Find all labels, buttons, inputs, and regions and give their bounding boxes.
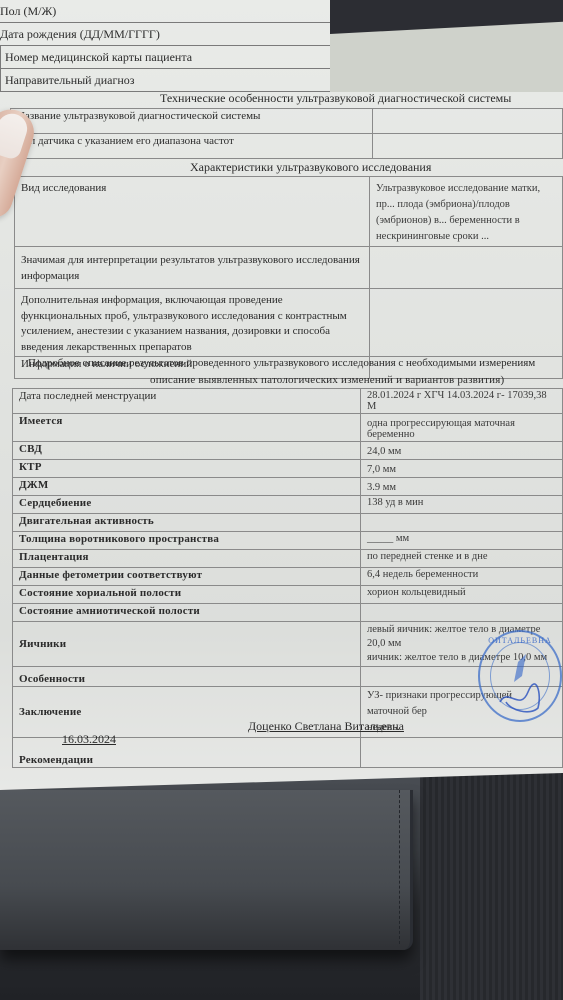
amniotic-cavity-label: Состояние амниотической полости bbox=[13, 604, 361, 622]
technical-section-title: Технические особенности ультразвуковой д… bbox=[160, 91, 511, 106]
significant-info-label: Значимая для интерпретации результатов у… bbox=[15, 247, 370, 289]
ovaries-label: Яичники bbox=[13, 622, 361, 667]
fingernail bbox=[0, 110, 31, 161]
patient-birthdate-label: Дата рождения (ДД/ММ/ГГГГ) bbox=[0, 27, 160, 41]
table-row: СВД 24,0 мм bbox=[13, 442, 563, 460]
medical-card-number-label: Номер медицинской карты пациента bbox=[5, 50, 192, 64]
lmp-value: 28.01.2024 г ХГЧ 14.03.2024 г- 17039,38 … bbox=[361, 389, 563, 414]
amniotic-cavity-value bbox=[361, 604, 563, 622]
placentation-value: по передней стенке и в дне bbox=[361, 550, 563, 568]
results-title-line2: описание выявленных патологических измен… bbox=[150, 374, 504, 386]
fetometry-label: Данные фетометрии соответствуют bbox=[13, 568, 361, 586]
table-row: Значимая для интерпретации результатов у… bbox=[15, 247, 563, 289]
yolk-sac-label: ДЖМ bbox=[13, 478, 361, 496]
placentation-label: Плацентация bbox=[13, 550, 361, 568]
nuchal-translucency-value: _____ мм bbox=[361, 532, 563, 550]
table-row: Название ультразвуковой диагностической … bbox=[11, 109, 563, 134]
patient-birthdate-row: Дата рождения (ДД/ММ/ГГГГ) bbox=[0, 23, 330, 46]
ktr-value: 7,0 мм bbox=[361, 460, 563, 478]
doctor-name: Доценко Светлана Витальевна bbox=[248, 719, 404, 734]
table-row: Сердцебиение 138 уд в мин bbox=[13, 496, 563, 514]
leather-folder-flap bbox=[0, 790, 413, 950]
system-name-value bbox=[373, 109, 563, 134]
present-value: одна прогрессирующая маточная беременно bbox=[361, 414, 563, 442]
background-seat bbox=[420, 770, 563, 1000]
technical-table: Название ультразвуковой диагностической … bbox=[10, 108, 563, 159]
table-row: Состояние хориальной полости хорион коль… bbox=[13, 586, 563, 604]
table-row: Дата последней менструации 28.01.2024 г … bbox=[13, 389, 563, 414]
table-row: Дополнительная информация, включающая пр… bbox=[15, 289, 563, 357]
table-row: Данные фетометрии соответствуют 6,4 неде… bbox=[13, 568, 563, 586]
features-label: Особенности bbox=[13, 667, 361, 687]
chorionic-cavity-label: Состояние хориальной полости bbox=[13, 586, 361, 604]
svd-label: СВД bbox=[13, 442, 361, 460]
system-name-label: Название ультразвуковой диагностической … bbox=[11, 109, 373, 134]
table-row: ДЖМ 3.9 мм bbox=[13, 478, 563, 496]
patient-sex-row: Пол (М/Ж) bbox=[0, 0, 330, 23]
doctor-stamp: ОИТАЛЬЕВНА bbox=[478, 630, 562, 722]
ktr-label: КТР bbox=[13, 460, 361, 478]
yolk-sac-value: 3.9 мм bbox=[361, 478, 563, 496]
report-date: 16.03.2024 bbox=[62, 732, 116, 747]
stamp-signature-icon bbox=[480, 632, 563, 724]
chorionic-cavity-value: хорион кольцевидный bbox=[361, 586, 563, 604]
study-type-label: Вид исследования bbox=[15, 177, 370, 247]
motor-activity-value bbox=[361, 514, 563, 532]
nuchal-translucency-label: Толщина воротникового пространства bbox=[13, 532, 361, 550]
patient-info-section: Пол (М/Ж) Дата рождения (ДД/ММ/ГГГГ) Ном… bbox=[0, 0, 330, 92]
characteristics-section-title: Характеристики ультразвукового исследова… bbox=[190, 160, 431, 175]
table-row: КТР 7,0 мм bbox=[13, 460, 563, 478]
results-title-line1: Подробное описание результатов проведенн… bbox=[28, 357, 535, 369]
heartbeat-label: Сердцебиение bbox=[13, 496, 361, 514]
significant-info-value bbox=[370, 247, 563, 289]
lmp-label: Дата последней менструации bbox=[13, 389, 361, 414]
study-type-value: Ультразвуковое исследование матки, пр...… bbox=[370, 177, 563, 247]
motor-activity-label: Двигательная активность bbox=[13, 514, 361, 532]
table-row: Вид исследования Ультразвуковое исследов… bbox=[15, 177, 563, 247]
table-row: Тип датчика с указанием его диапазона ча… bbox=[11, 134, 563, 159]
svd-value: 24,0 мм bbox=[361, 442, 563, 460]
probe-type-value bbox=[373, 134, 563, 159]
table-row: Толщина воротникового пространства _____… bbox=[13, 532, 563, 550]
fetometry-value: 6,4 недель беременности bbox=[361, 568, 563, 586]
heartbeat-value: 138 уд в мин bbox=[361, 496, 563, 514]
referral-diagnosis-label: Направительный диагноз bbox=[5, 73, 135, 87]
table-row: Плацентация по передней стенке и в дне bbox=[13, 550, 563, 568]
table-row: Состояние амниотической полости bbox=[13, 604, 563, 622]
table-row: Двигательная активность bbox=[13, 514, 563, 532]
referral-diagnosis-row: Направительный диагноз bbox=[0, 69, 330, 92]
recommendations-value bbox=[361, 738, 563, 768]
probe-type-label: Тип датчика с указанием его диапазона ча… bbox=[11, 134, 373, 159]
table-row: Имеется одна прогрессирующая маточная бе… bbox=[13, 414, 563, 442]
characteristics-table: Вид исследования Ультразвуковое исследов… bbox=[14, 176, 563, 379]
medical-card-number-row: Номер медицинской карты пациента bbox=[0, 46, 330, 69]
additional-info-label: Дополнительная информация, включающая пр… bbox=[15, 289, 370, 357]
present-label: Имеется bbox=[13, 414, 361, 442]
additional-info-value bbox=[370, 289, 563, 357]
patient-sex-label: Пол (М/Ж) bbox=[0, 4, 56, 18]
